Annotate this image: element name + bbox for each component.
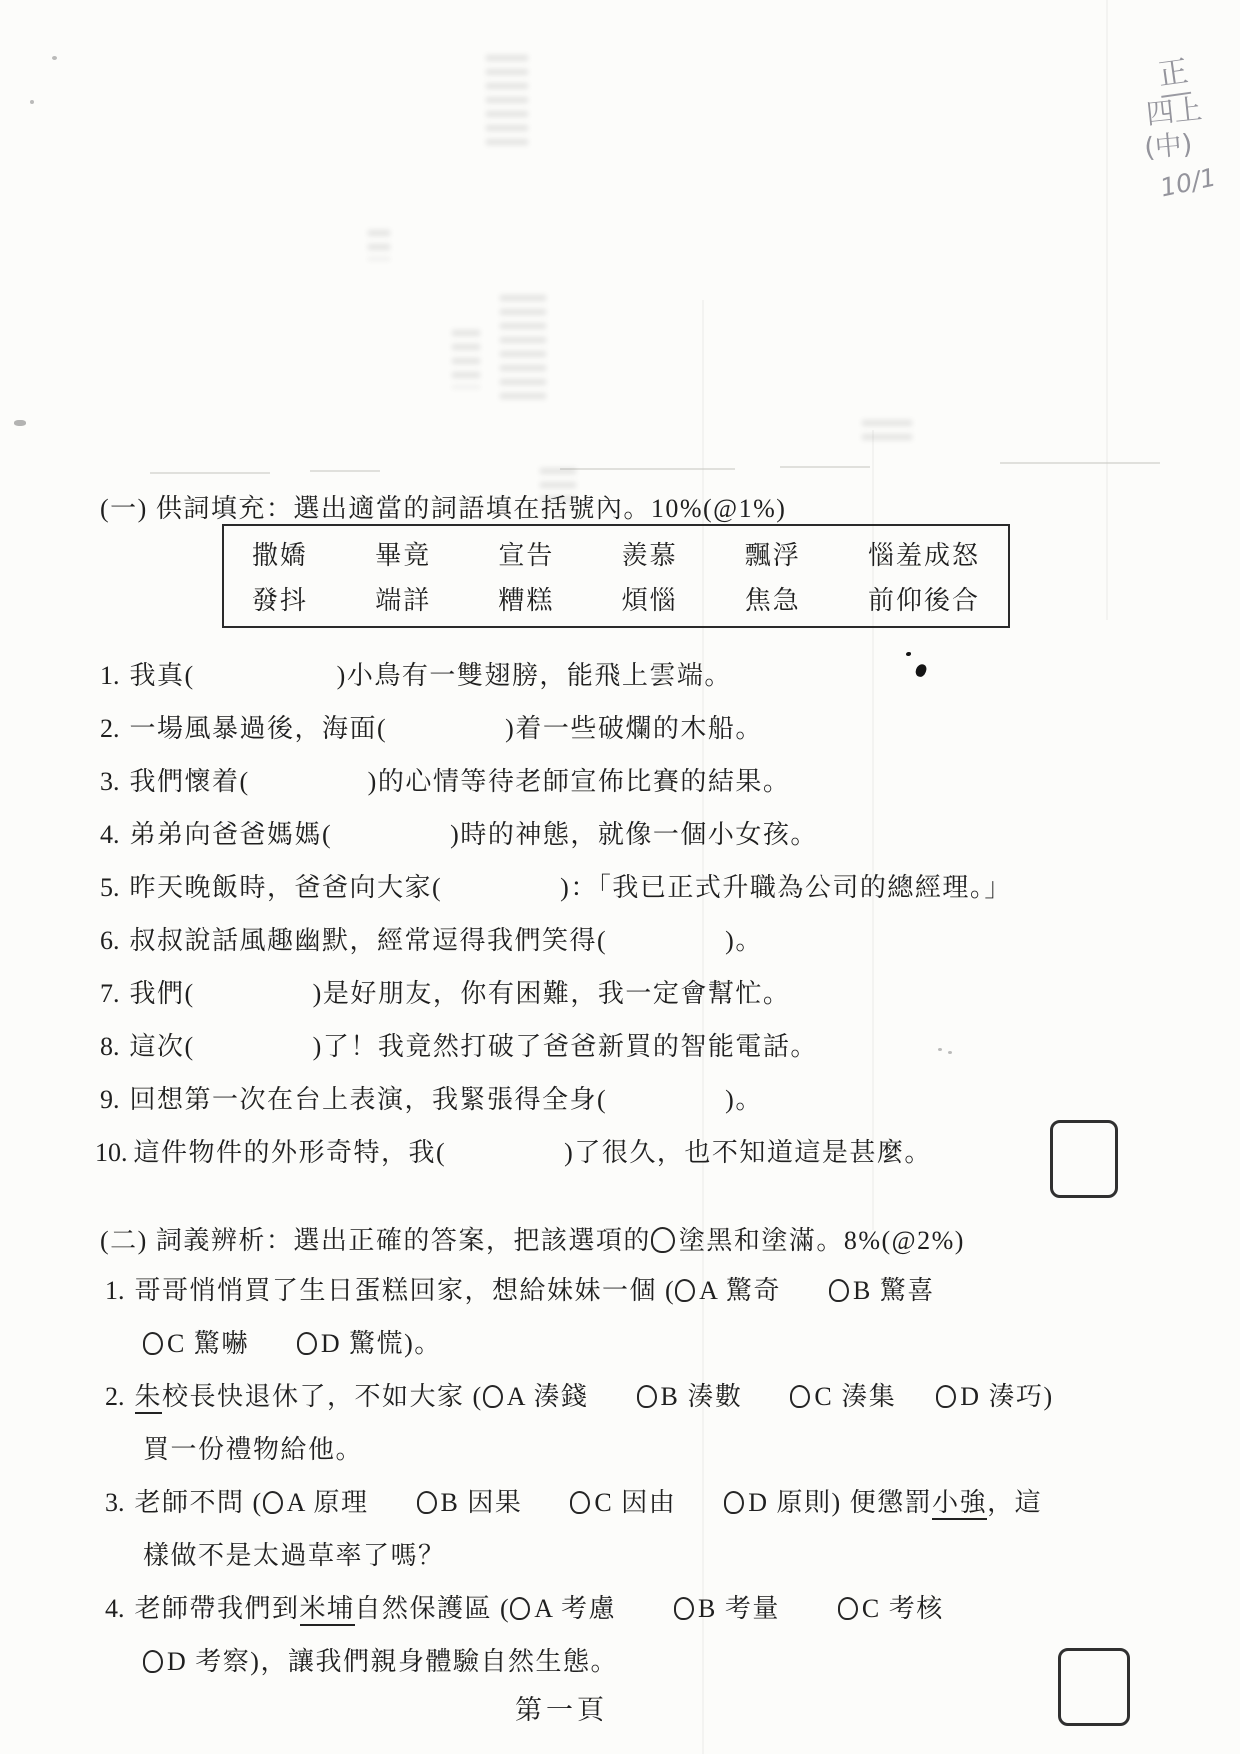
question-text: )了！我竟然打破了爸爸新買的智能電話。: [313, 1032, 818, 1061]
question-text: )。: [404, 1329, 442, 1358]
question-text: 哥哥悄悄買了生日蛋糕回家，想給妹妹一個 (: [135, 1276, 676, 1305]
option-b: B 驚喜: [829, 1270, 935, 1307]
option-label: C 驚嚇: [167, 1329, 249, 1358]
question-text: )着一些破爛的木船。: [505, 714, 763, 743]
option-d: D 原則: [724, 1482, 831, 1519]
question-number: 1.: [100, 661, 120, 691]
option-label: B 驚喜: [853, 1276, 935, 1305]
scan-bleedthrough-smudge: [368, 230, 390, 260]
option-circle-icon: [936, 1385, 956, 1408]
option-b: B 因果: [417, 1482, 523, 1519]
option-circle-icon: [674, 1597, 694, 1620]
question-text: 我們懷着(: [130, 767, 250, 796]
scan-speck: [14, 420, 26, 426]
scan-speck: [52, 56, 57, 60]
fill-in-question-10: 10.這件物件的外形奇特，我()了很久，也不知道這是甚麼。: [95, 1132, 932, 1169]
option-a: A 驚奇: [675, 1270, 781, 1307]
option-d: D 驚慌: [297, 1323, 404, 1360]
question-text: 這次(: [130, 1032, 195, 1061]
question-number: 7.: [100, 979, 120, 1009]
option-label: A 驚奇: [699, 1276, 781, 1305]
scan-bleedthrough-smudge: [862, 420, 912, 446]
word-bank-word: 前仰後合: [868, 580, 980, 617]
question-text: 我真(: [130, 661, 195, 690]
option-d: D 湊巧: [936, 1376, 1043, 1413]
option-circle-icon: [297, 1332, 317, 1355]
word-bank-word: 糟糕: [498, 580, 554, 617]
fill-in-question-3: 3.我們懷着()的心情等待老師宣佈比賽的結果。: [100, 761, 790, 798]
option-circle-icon: [637, 1385, 657, 1408]
option-label: B 湊數: [661, 1382, 743, 1411]
fill-in-question-1: 1.我真()小鳥有一雙翅膀，能飛上雲端。: [100, 655, 732, 692]
section2-title-text: (二) 詞義辨析：選出正確的答案，把該選項的: [100, 1226, 651, 1255]
question-number: 3.: [100, 767, 120, 797]
option-circle-icon: [829, 1279, 849, 1302]
fill-in-question-7: 7.我們()是好朋友，你有困難，我一定會幫忙。: [100, 973, 790, 1010]
question-text: 昨天晚飯時，爸爸向大家(: [130, 873, 443, 902]
question-number: 10.: [95, 1138, 128, 1168]
question-text: ) 便懲罰: [831, 1488, 932, 1517]
word-bank-word: 畢竟: [375, 535, 431, 572]
fill-in-question-2: 2.一場風暴過後，海面()着一些破爛的木船。: [100, 708, 763, 745]
question-text: ，這: [987, 1488, 1042, 1517]
underlined-name: 米埔: [300, 1594, 355, 1626]
scan-crease: [1000, 462, 1160, 464]
word-bank-word: 惱羞成怒: [868, 535, 980, 572]
question-text: )的心情等待老師宣佈比賽的結果。: [368, 767, 791, 796]
question-text: 買一份禮物給他。: [143, 1435, 363, 1464]
option-circle-icon: [675, 1279, 695, 1302]
option-circle-icon: [510, 1597, 530, 1620]
scan-speck: [948, 1051, 952, 1054]
option-b: B 考量: [674, 1588, 780, 1625]
question-text: )。: [725, 926, 763, 955]
question-text: 叔叔說話風趣幽默，經常逗得我們笑得(: [130, 926, 608, 955]
option-circle-icon: [143, 1650, 163, 1673]
word-bank-row: 發抖 端詳 糟糕 煩惱 焦急 前仰後合: [252, 580, 980, 617]
question-text: ): [1044, 1382, 1054, 1411]
question-text: )了很久，也不知道這是甚麼。: [564, 1138, 932, 1167]
mc-question-3-line-2: 樣做不是太過草率了嗎？: [143, 1535, 446, 1572]
option-label: B 考量: [698, 1594, 780, 1623]
question-number: 2.: [105, 1382, 125, 1412]
question-text: )小鳥有一雙翅膀，能飛上雲端。: [337, 661, 732, 690]
option-label: A 原理: [287, 1488, 369, 1517]
scan-crease: [560, 468, 735, 470]
question-text: 這件物件的外形奇特，我(: [134, 1138, 447, 1167]
scan-crease: [310, 470, 380, 472]
question-number: 3.: [105, 1488, 125, 1518]
word-bank-word: 發抖: [252, 580, 308, 617]
question-text: )。: [725, 1085, 763, 1114]
section2-title-text: 塗黑和塗滿。8%(@2%): [679, 1226, 965, 1255]
option-label: C 湊集: [814, 1382, 896, 1411]
option-label: C 因由: [594, 1488, 676, 1517]
question-text: 弟弟向爸爸媽媽(: [130, 820, 333, 849]
scan-speck: [30, 100, 34, 104]
fill-in-question-9: 9.回想第一次在台上表演，我緊張得全身()。: [100, 1079, 763, 1116]
option-label: D 原則: [748, 1488, 831, 1517]
option-b: B 湊數: [637, 1376, 743, 1413]
page-footer: 第一頁: [515, 1688, 608, 1727]
question-number: 6.: [100, 926, 120, 956]
option-c: C 驚嚇: [143, 1323, 249, 1360]
option-d: D 考察: [143, 1641, 250, 1678]
fill-in-question-8: 8.這次()了！我竟然打破了爸爸新買的智能電話。: [100, 1026, 818, 1063]
question-text: )時的神態，就像一個小女孩。: [450, 820, 818, 849]
fill-in-question-5: 5.昨天晚飯時，爸爸向大家()：「我已正式升職為公司的總經理。」: [100, 867, 1012, 904]
question-text: 一場風暴過後，海面(: [130, 714, 388, 743]
question-text: 我們(: [130, 979, 195, 1008]
question-text: 樣做不是太過草率了嗎？: [143, 1541, 446, 1570]
mc-question-1-line-2: C 驚嚇D 驚慌)。: [143, 1323, 442, 1360]
option-circle-icon: [483, 1385, 503, 1408]
question-number: 1.: [105, 1276, 125, 1306]
option-label: C 考核: [862, 1594, 944, 1623]
mc-question-2-line-1: 2.朱校長快退休了，不如大家 (A 湊錢B 湊數C 湊集D 湊巧): [105, 1376, 1054, 1413]
option-a: A 湊錢: [483, 1376, 589, 1413]
question-text: )：「我已正式升職為公司的總經理。」: [560, 873, 1012, 902]
option-c: C 湊集: [790, 1376, 896, 1413]
option-circle-icon: [143, 1332, 163, 1355]
word-bank-word: 飄浮: [745, 535, 801, 572]
option-circle-icon: [263, 1491, 283, 1514]
option-a: A 考慮: [510, 1588, 616, 1625]
option-circle-icon: [651, 1227, 675, 1253]
option-label: A 考慮: [534, 1594, 616, 1623]
option-label: D 驚慌: [321, 1329, 404, 1358]
question-text: 自然保護區 (: [355, 1594, 511, 1623]
option-circle-icon: [570, 1491, 590, 1514]
ink-splat: [906, 652, 911, 656]
section1-title: (一) 供詞填充：選出適當的詞語填在括號內。10%(@1%): [100, 488, 786, 525]
mc-question-1-line-1: 1.哥哥悄悄買了生日蛋糕回家，想給妹妹一個 (A 驚奇B 驚喜: [105, 1270, 935, 1307]
option-label: A 湊錢: [507, 1382, 589, 1411]
question-number: 4.: [105, 1594, 125, 1624]
option-label: B 因果: [441, 1488, 523, 1517]
word-bank-word: 宣告: [498, 535, 554, 572]
fill-in-question-6: 6.叔叔說話風趣幽默，經常逗得我們笑得()。: [100, 920, 763, 957]
mc-question-2-line-2: 買一份禮物給他。: [143, 1429, 363, 1466]
option-circle-icon: [724, 1491, 744, 1514]
score-box: [1050, 1120, 1118, 1198]
word-bank-word: 煩惱: [622, 580, 678, 617]
question-number: 4.: [100, 820, 120, 850]
underlined-name: 小強: [932, 1488, 987, 1520]
question-text: 老師帶我們到: [135, 1594, 300, 1623]
scan-crease: [150, 472, 270, 474]
handwritten-note: 10/1: [1158, 162, 1219, 202]
question-number: 8.: [100, 1032, 120, 1062]
word-bank-word: 羨慕: [622, 535, 678, 572]
option-a: A 原理: [263, 1482, 369, 1519]
word-bank-word: 撒嬌: [252, 535, 308, 572]
scanned-exam-page: 正 四上 (中) 10/1 (一) 供詞填充：選出適當的詞語填在括號內。10%(…: [0, 0, 1240, 1754]
scan-speck: [938, 1048, 942, 1051]
question-text: 校長快退休了，不如大家 (: [162, 1382, 483, 1411]
scan-crease: [780, 466, 870, 468]
option-circle-icon: [417, 1491, 437, 1514]
question-number: 9.: [100, 1085, 120, 1115]
scan-bleedthrough-smudge: [486, 55, 528, 145]
section2-title: (二) 詞義辨析：選出正確的答案，把該選項的塗黑和塗滿。8%(@2%): [100, 1220, 965, 1257]
option-c: C 因由: [570, 1482, 676, 1519]
score-box: [1058, 1648, 1130, 1726]
question-number: 2.: [100, 714, 120, 744]
word-bank-word: 焦急: [745, 580, 801, 617]
mc-question-4-line-1: 4.老師帶我們到米埔自然保護區 (A 考慮B 考量C 考核: [105, 1588, 944, 1625]
option-label: D 湊巧: [960, 1382, 1043, 1411]
word-bank: 撒嬌 畢竟 宣告 羨慕 飄浮 惱羞成怒 發抖 端詳 糟糕 煩惱 焦急 前仰後合: [222, 524, 1010, 628]
scan-bleedthrough-smudge: [500, 295, 546, 400]
question-text: 回想第一次在台上表演，我緊張得全身(: [130, 1085, 608, 1114]
option-c: C 考核: [838, 1588, 944, 1625]
underlined-name: 朱: [135, 1382, 163, 1414]
question-text: 老師不問 (: [135, 1488, 263, 1517]
question-text: )，讓我們親身體驗自然生態。: [250, 1647, 618, 1676]
option-label: D 考察: [167, 1647, 250, 1676]
scan-bleedthrough-smudge: [452, 330, 480, 388]
word-bank-row: 撒嬌 畢竟 宣告 羨慕 飄浮 惱羞成怒: [252, 535, 980, 572]
scan-vertical-crease: [1106, 0, 1108, 620]
mc-question-3-line-1: 3.老師不問 (A 原理B 因果C 因由D 原則) 便懲罰小強，這: [105, 1482, 1042, 1519]
handwritten-note: (中): [1142, 122, 1193, 165]
ink-splat: [914, 663, 928, 678]
mc-question-4-line-2: D 考察)，讓我們親身體驗自然生態。: [143, 1641, 618, 1678]
fill-in-question-4: 4.弟弟向爸爸媽媽()時的神態，就像一個小女孩。: [100, 814, 818, 851]
question-number: 5.: [100, 873, 120, 903]
option-circle-icon: [790, 1385, 810, 1408]
question-text: )是好朋友，你有困難，我一定會幫忙。: [313, 979, 791, 1008]
option-circle-icon: [838, 1597, 858, 1620]
word-bank-word: 端詳: [375, 580, 431, 617]
